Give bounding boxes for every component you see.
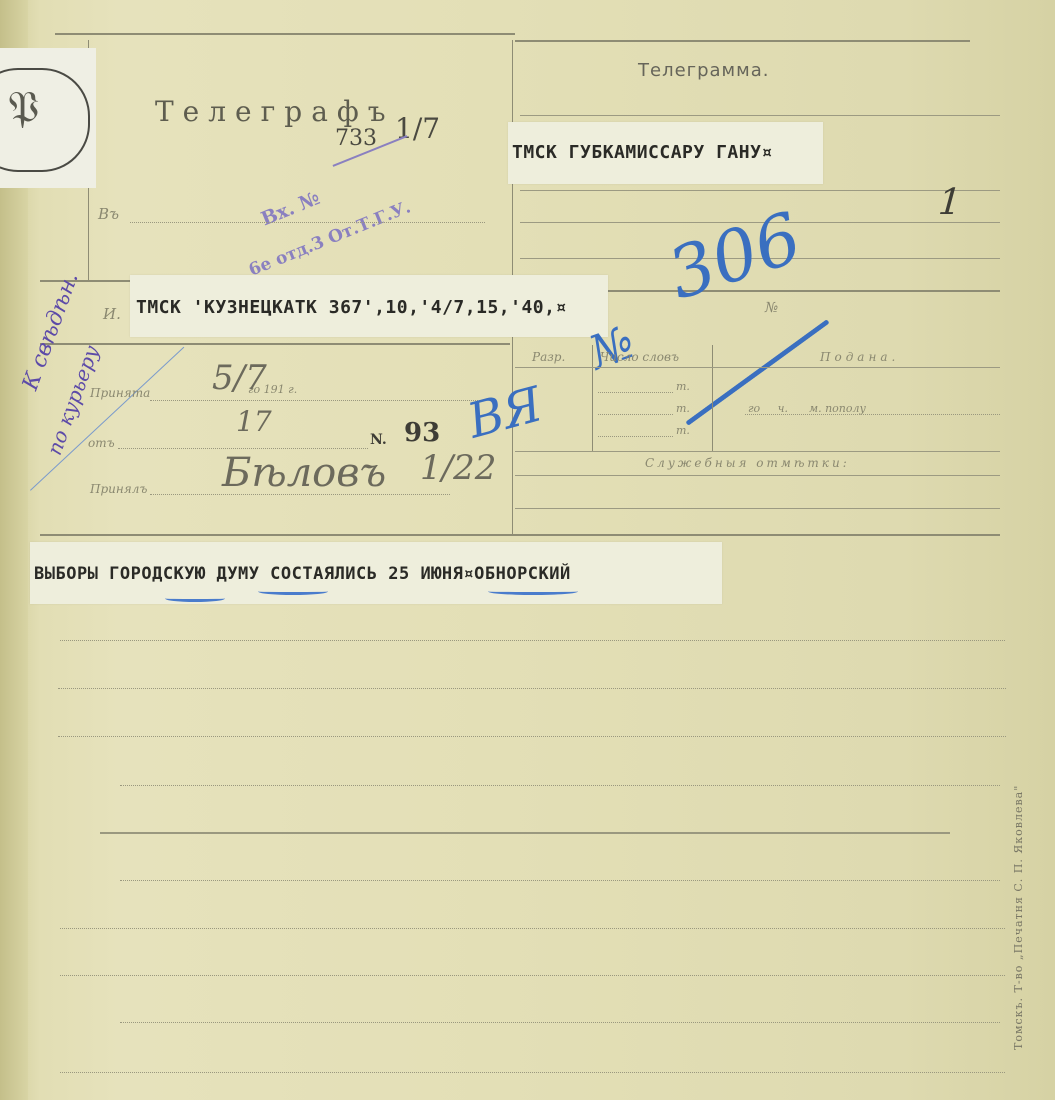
post-telegraph-emblem: 𝔓 xyxy=(0,48,96,188)
posthorn-icon: 𝔓 xyxy=(8,82,39,133)
table-bottom-line xyxy=(515,451,1000,452)
podana-underline xyxy=(745,414,1000,415)
body-line-7 xyxy=(60,928,1005,929)
pencil-date: 5/7 xyxy=(212,358,267,398)
slot-t-1: т. xyxy=(676,380,690,393)
field-line-prinyata xyxy=(150,400,480,401)
top-border-left xyxy=(55,33,515,35)
right-line-1 xyxy=(520,115,1000,116)
slot-line-2 xyxy=(598,414,673,415)
tape-message: ВЫБОРЫ ГОРОДСКУЮ ДУМУ СОСТАЯЛИСЬ 25 ИЮНЯ… xyxy=(30,542,722,604)
slot-t-3: т. xyxy=(676,424,690,437)
message-text: ВЫБОРЫ ГОРОДСКУЮ ДУМУ СОСТАЯЛИСЬ 25 ИЮНЯ… xyxy=(34,564,571,584)
tape-origin: ТМСК 'КУЗНЕЦКАТК 367',10,'4/7,15,'40,¤ xyxy=(130,275,608,337)
field-label-iz: И. xyxy=(103,305,121,323)
underline-date xyxy=(488,588,578,595)
addressee-text: ТМСК ГУБКАМИССАРУ ГАНУ¤ xyxy=(512,142,773,163)
col-header-razr: Разр. xyxy=(532,350,565,364)
top-border-right xyxy=(515,40,970,42)
slot-t-2: т. xyxy=(676,402,690,415)
col-header-podana: Подана. xyxy=(820,350,899,364)
slot-line-3 xyxy=(598,436,673,437)
field-label-ot: отъ xyxy=(88,436,115,450)
body-line-4 xyxy=(120,785,1000,786)
field-label-n: N. xyxy=(370,432,387,448)
body-line-6 xyxy=(120,880,1000,881)
service-notes-label: Служебныя отмѣтки: xyxy=(645,456,850,470)
pencil-signature: Бѣловъ xyxy=(222,450,386,496)
right-number-label: № xyxy=(765,300,778,316)
body-line-2 xyxy=(58,688,1006,689)
table-header-line xyxy=(515,367,1000,368)
slot-line-1 xyxy=(598,392,673,393)
body-line-5 xyxy=(100,832,950,834)
pencil-time: 1/22 xyxy=(420,448,496,488)
col-header-chislo: Число словъ xyxy=(600,350,679,364)
col-divider-1 xyxy=(592,345,593,451)
field-label-prinyata: Принята xyxy=(90,386,150,400)
form-title-telegram: Телеграмма. xyxy=(638,60,769,81)
col-divider-2 xyxy=(712,345,713,451)
service-line-1 xyxy=(515,475,1000,476)
right-line-2 xyxy=(520,190,1000,191)
body-line-3 xyxy=(58,736,1006,737)
field-label-v: Въ xyxy=(98,205,119,223)
tape-addressee: ТМСК ГУБКАМИССАРУ ГАНУ¤ xyxy=(508,122,823,184)
pencil-year: 17 xyxy=(236,405,272,438)
underline-gorodskuyu xyxy=(165,595,225,602)
body-line-1 xyxy=(60,640,1005,641)
underline-dumu xyxy=(258,588,328,595)
service-line-2 xyxy=(515,508,1000,509)
body-line-10 xyxy=(60,1072,1005,1073)
body-line-9 xyxy=(120,1022,1000,1023)
body-line-8 xyxy=(60,975,1005,976)
incoming-fraction: 1/7 xyxy=(395,112,440,145)
form-title-telegraph: Телеграфъ xyxy=(155,95,395,128)
printer-imprint: Томскъ. Т-во „Печатня С. П. Яковлева" xyxy=(1012,785,1025,1050)
field-label-prinyal: Принялъ xyxy=(90,482,147,496)
origin-text: ТМСК 'КУЗНЕЦКАТК 367',10,'4/7,15,'40,¤ xyxy=(136,297,567,318)
field-line-v xyxy=(130,222,485,223)
header-section-bottom xyxy=(40,534,1000,536)
field-n-value: 93 xyxy=(404,418,440,448)
field-line-ot xyxy=(118,448,368,449)
left-line-below-iz xyxy=(40,343,510,345)
incoming-number-handwritten: 733 xyxy=(335,126,377,151)
